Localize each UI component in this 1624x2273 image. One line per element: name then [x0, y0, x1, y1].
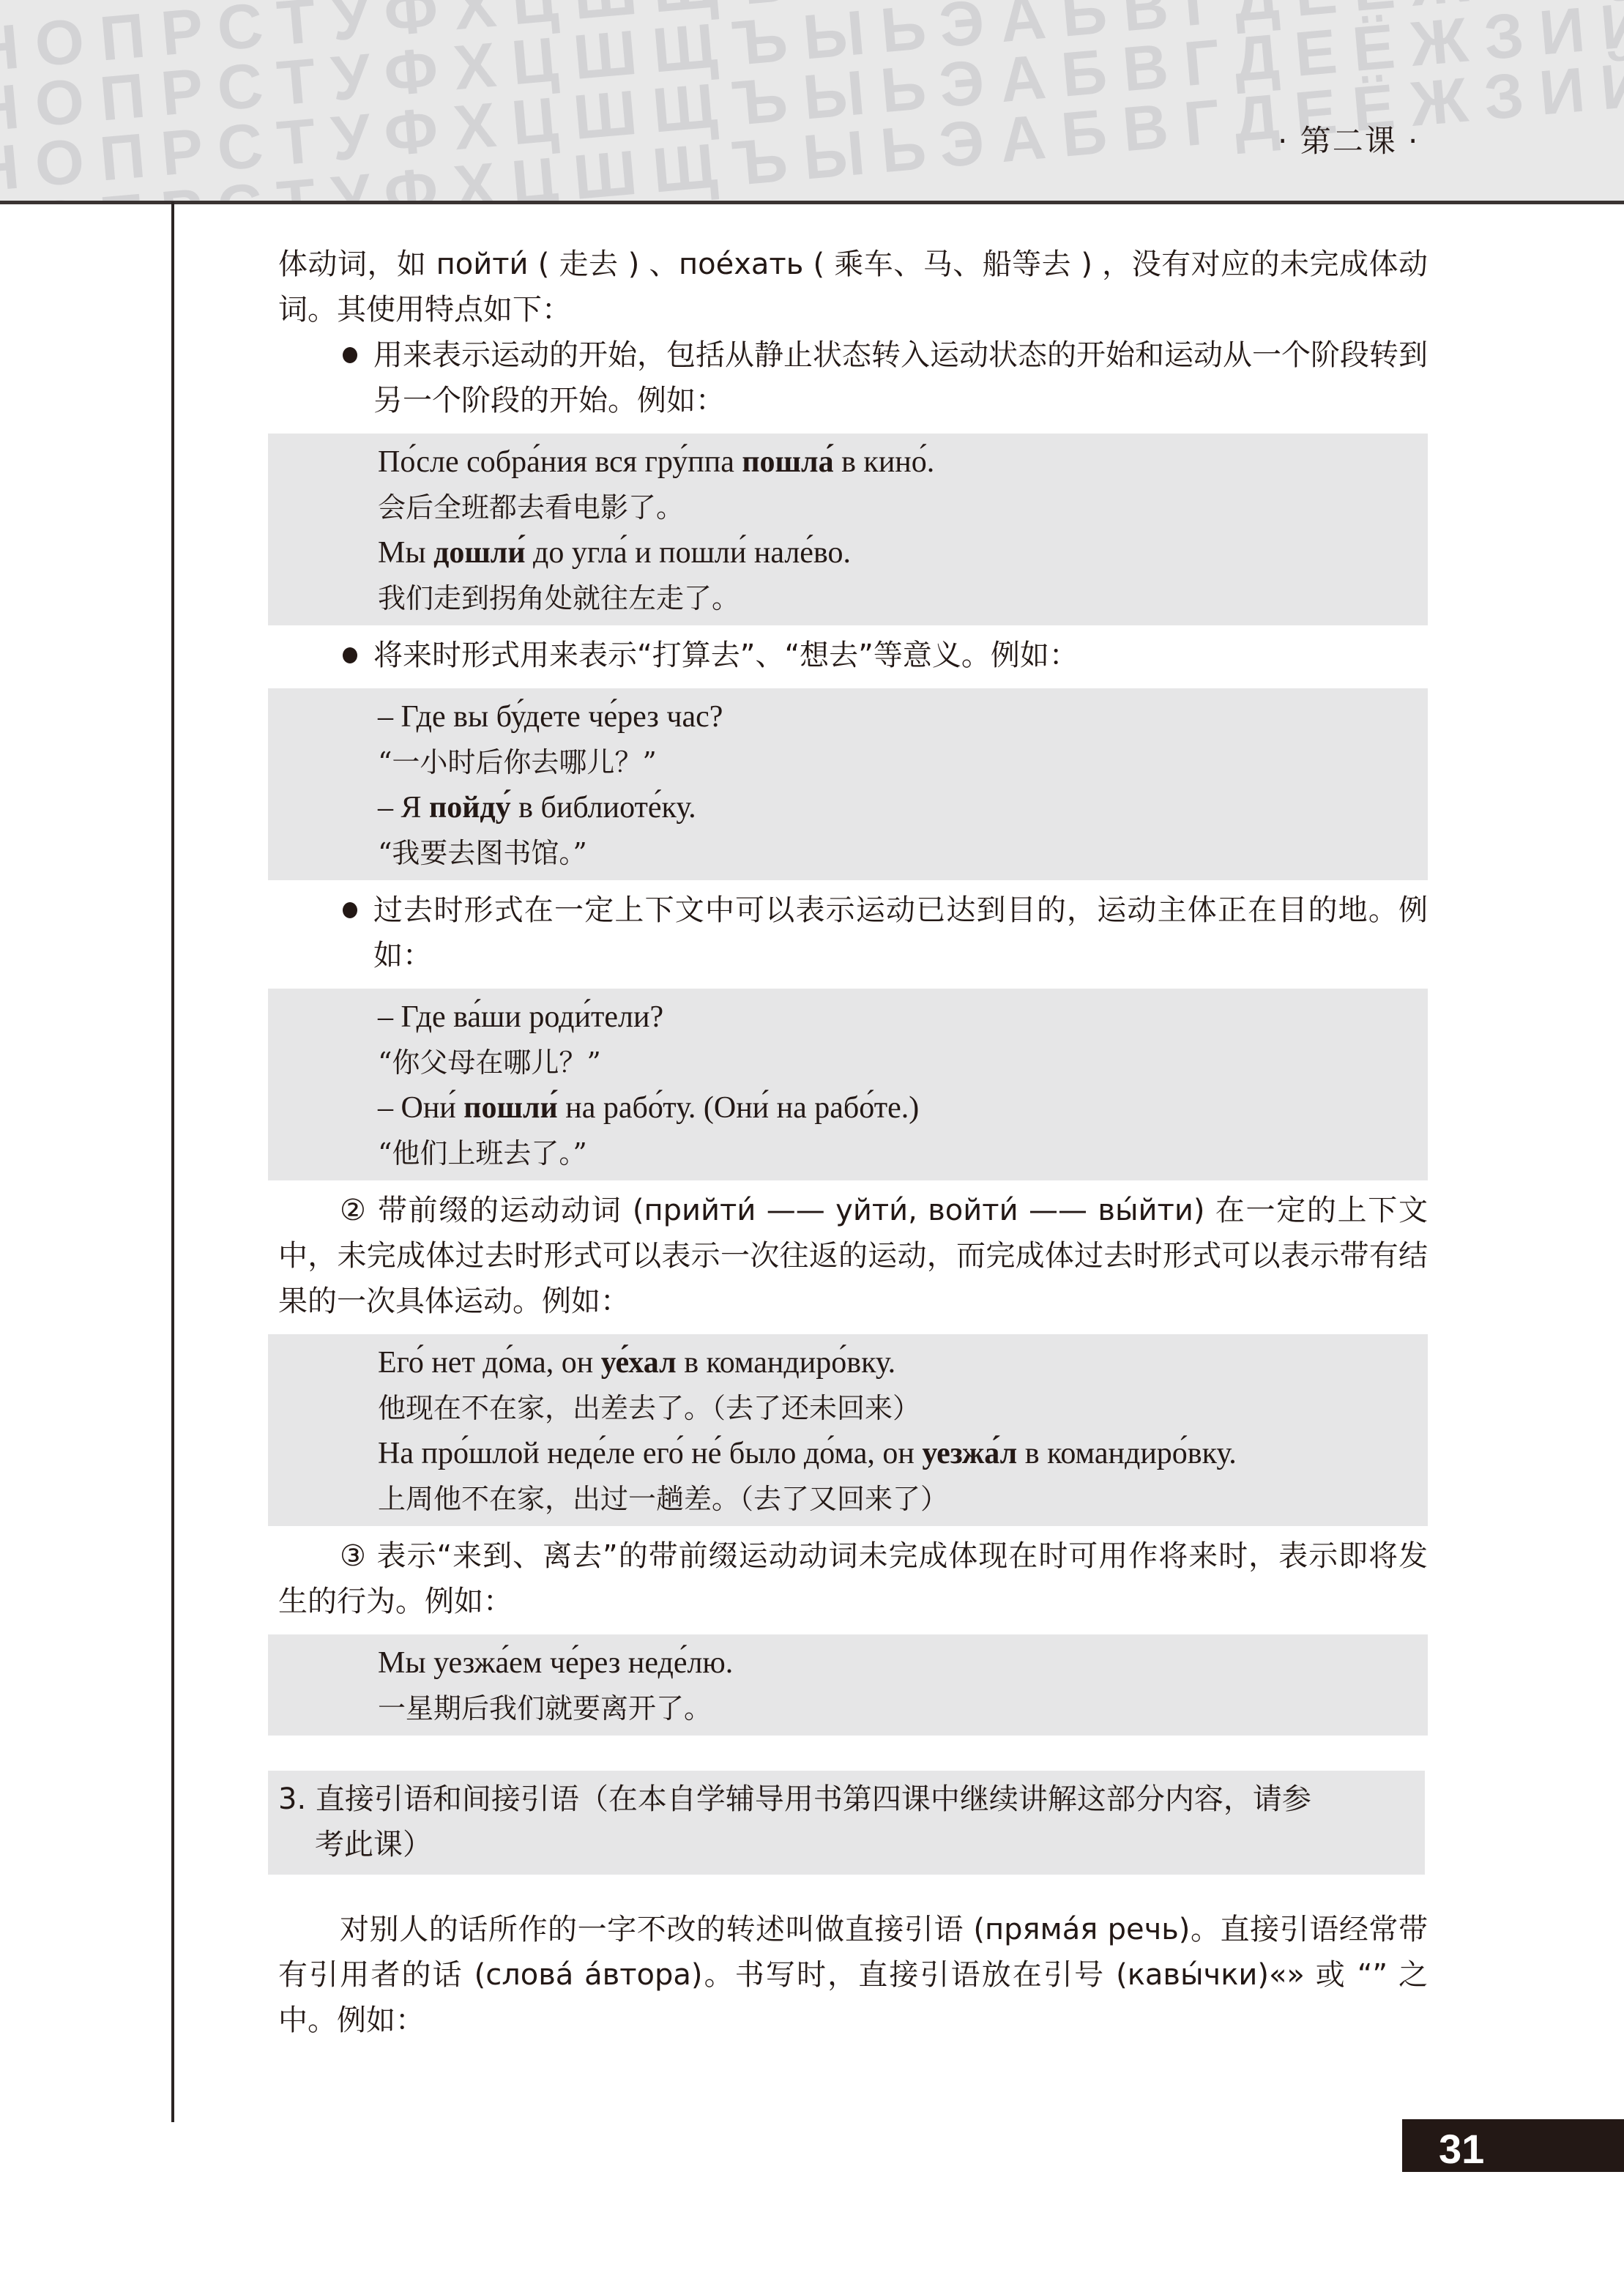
bullet-icon — [343, 647, 357, 663]
section-heading: 3. 直接引语和间接引语（在本自学辅导用书第四课中继续讲解这部分内容，请参 考此… — [268, 1771, 1425, 1875]
section-heading-line: 3. 直接引语和间接引语（在本自学辅导用书第四课中继续讲解这部分内容，请参 — [278, 1777, 1418, 1822]
intro-paragraph: 体动词，如 пойти́ ( 走去 ) 、пое́хать ( 乘车、马、船等去… — [278, 242, 1428, 332]
section-heading-line: 考此课） — [278, 1822, 1418, 1867]
example-russian: Мы дошли́ до угла́ и пошли́ нале́во. — [378, 530, 1428, 576]
page-content: 体动词，如 пойти́ ( 走去 ) 、пое́хать ( 乘车、马、船等去… — [278, 242, 1428, 2043]
bullet-text: 用来表示运动的开始，包括从静止状态转入运动状态的开始和运动从一个阶段转到另一个阶… — [373, 338, 1428, 417]
bullet-icon — [343, 347, 357, 363]
example-box: Мы уезжа́ем че́рез неде́лю. 一星期后我们就要离开了。 — [268, 1634, 1428, 1736]
example-russian: – Они́ пошли́ на рабо́ту. (Они́ на рабо́… — [378, 1085, 1428, 1131]
example-box: Его́ нет до́ма, он уе́хал в командиро́вк… — [268, 1334, 1428, 1526]
page-number: 31 — [1439, 2125, 1484, 2173]
example-chinese: “他们上班去了。” — [378, 1131, 1428, 1176]
point-2-paragraph: ② 带前缀的运动动词 (прийти́ —— уйти́, войти́ —— … — [278, 1188, 1428, 1324]
bullet-item: 将来时形式用来表示“打算去”、“想去”等意义。例如： — [278, 633, 1428, 678]
example-russian: Мы уезжа́ем че́рез неде́лю. — [378, 1640, 1428, 1686]
bullet-icon — [343, 902, 357, 918]
example-chinese: “一小时后你去哪儿？” — [378, 740, 1428, 785]
example-box: – Где ва́ши роди́тели? “你父母在哪儿？” – Они́ … — [268, 989, 1428, 1180]
example-box: – Где вы бу́дете че́рез час? “一小时后你去哪儿？”… — [268, 688, 1428, 880]
example-russian: По́сле собра́ния вся гру́ппа пошла́ в ки… — [378, 439, 1428, 485]
page-header-band: НОПРСТУФХЦШЩЪЫЬЭАБВГДЕЁЖЗИЙКЛМНОПРСТУФХ … — [0, 0, 1624, 201]
bullet-text: 过去时形式在一定上下文中可以表示运动已达到目的，运动主体正在目的地。例如： — [373, 893, 1428, 972]
lesson-title: · 第二课 · — [1278, 117, 1419, 161]
bullet-item: 用来表示运动的开始，包括从静止状态转入运动状态的开始和运动从一个阶段转到另一个阶… — [278, 332, 1428, 423]
example-box: По́сле собра́ния вся гру́ппа пошла́ в ки… — [268, 434, 1428, 625]
section-3-paragraph: 对别人的话所作的一字不改的转述叫做直接引语 (пряма́я речь)。直接引… — [278, 1907, 1428, 2043]
bullet-item: 过去时形式在一定上下文中可以表示运动已达到目的，运动主体正在目的地。例如： — [278, 888, 1428, 978]
example-chinese: 上周他不在家，出过一趟差。（去了又回来了） — [378, 1476, 1428, 1522]
example-chinese: “你父母在哪儿？” — [378, 1040, 1428, 1085]
bullet-text: 将来时形式用来表示“打算去”、“想去”等意义。例如： — [373, 639, 1079, 672]
page-number-tab: 31 — [1402, 2119, 1624, 2172]
header-rule — [0, 201, 1624, 204]
example-russian: – Я пойду́ в библиоте́ку. — [378, 785, 1428, 830]
example-chinese: 会后全班都去看电影了。 — [378, 485, 1428, 530]
example-russian: – Где ва́ши роди́тели? — [378, 994, 1428, 1040]
example-chinese: 我们走到拐角处就往左走了。 — [378, 576, 1428, 621]
example-russian: Его́ нет до́ма, он уе́хал в командиро́вк… — [378, 1340, 1428, 1385]
example-russian: – Где вы бу́дете че́рез час? — [378, 694, 1428, 740]
point-3-paragraph: ③ 表示“来到、离去”的带前缀运动动词未完成体现在时可用作将来时，表示即将发生的… — [278, 1533, 1428, 1624]
example-chinese: “我要去图书馆。” — [378, 830, 1428, 876]
margin-rule — [171, 202, 174, 2122]
example-russian: На про́шлой неде́ле его́ не́ было до́ма,… — [378, 1431, 1428, 1476]
example-chinese: 一星期后我们就要离开了。 — [378, 1686, 1428, 1731]
example-chinese: 他现在不在家，出差去了。（去了还未回来） — [378, 1385, 1428, 1431]
